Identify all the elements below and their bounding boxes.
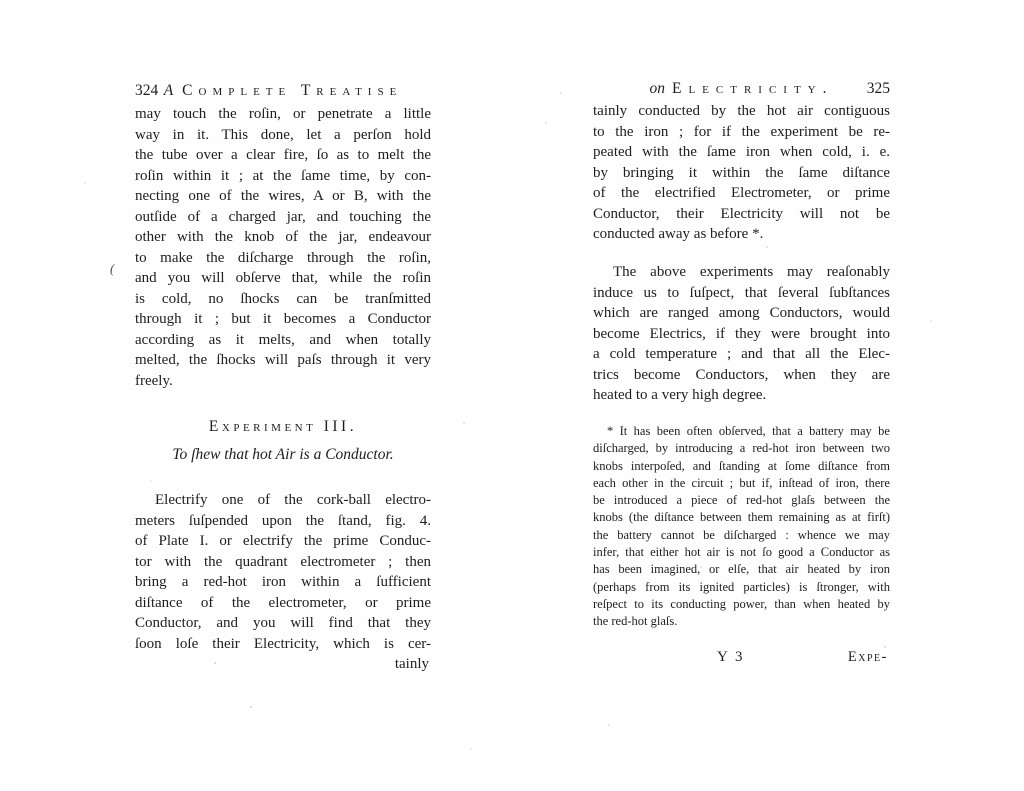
text-line: freely.: [135, 371, 431, 392]
text-line: bring a red-hot iron within a ſufficient: [135, 572, 431, 593]
text-line: melted, the ſhocks will paſs through it …: [135, 350, 431, 371]
text-line: outſide of a charged jar, and touching t…: [135, 207, 431, 228]
footnote-line: has been imagined, or elſe, that air hea…: [593, 561, 890, 578]
book-scan-spread: 324 AComplete Treatise may touch the roſ…: [0, 0, 1024, 791]
text-line: is cold, no ſhocks can be tranſmitted: [135, 289, 431, 310]
running-title-right: onElectricity.: [593, 80, 890, 98]
page-number-right: 325: [867, 80, 890, 98]
footnote-line: be introduced a piece of red-hot glaſs b…: [593, 492, 890, 509]
paragraph-hot-air-conducted: tainly conducted by the hot air contiguo…: [593, 101, 890, 245]
text-line: through it ; but it becomes a Conductor: [135, 309, 431, 330]
text-line: become Electrics, if they were brought i…: [593, 324, 890, 345]
text-line: by bringing it within the ſame diſtance: [593, 163, 890, 184]
text-line: The above experiments may reaſonably: [593, 262, 890, 283]
page-footer-right: Y 3 Expe-: [593, 649, 890, 669]
text-line: tainly conducted by the hot air contiguo…: [593, 101, 890, 122]
text-line: peated with the ſame iron when cold, i. …: [593, 142, 890, 163]
running-title-left-prefix: A: [164, 82, 173, 99]
footnote-line: the red-hot glaſs.: [593, 613, 890, 630]
text-line: to make the diſcharge through the roſin,: [135, 248, 431, 269]
footnote-line: the battery cannot be diſcharged : whenc…: [593, 527, 890, 544]
footnote-line: reſpect to its conducting power, than wh…: [593, 596, 890, 613]
text-line: Electrify one of the cork-ball electro-: [135, 490, 431, 511]
footnote-line: (perhaps from its ignited particles) is …: [593, 579, 890, 596]
text-line: Conductor, and you will find that they: [135, 613, 431, 634]
text-line: roſin within it ; at the ſame time, by c…: [135, 166, 431, 187]
text-line: which are ranged among Conductors, would: [593, 303, 890, 324]
experiment-subtitle: To ſhew that hot Air is a Conductor.: [135, 446, 431, 464]
page-number-left: 324: [135, 82, 158, 100]
running-title-right-main: Electricity.: [672, 80, 834, 97]
text-line: trics become Conductors, when they are: [593, 365, 890, 386]
page-right: onElectricity. 325 tainly conducted by t…: [593, 0, 890, 791]
running-head-left: 324 AComplete Treatise: [135, 82, 431, 104]
text-line: way in it. This done, let a perſon hold: [135, 125, 431, 146]
text-line: ſoon loſe their Electricity, which is ce…: [135, 634, 431, 655]
text-line: and you will obſerve that, while the roſ…: [135, 268, 431, 289]
text-line: heated to a very high degree.: [593, 385, 890, 406]
text-line: to the iron ; for if the experiment be r…: [593, 122, 890, 143]
footnote-line: infer, that either hot air is not ſo goo…: [593, 544, 890, 561]
text-line: tor with the quadrant electrometer ; the…: [135, 552, 431, 573]
footnote-battery: * It has been often obſerved, that a bat…: [593, 423, 890, 631]
catchword-left: tainly: [135, 656, 431, 673]
footnote-line: knobs (the diſtance between them remaini…: [593, 509, 890, 526]
text-line: Conductor, their Electricity will not be: [593, 204, 890, 225]
text-line: may touch the roſin, or penetrate a litt…: [135, 104, 431, 125]
scan-specks: [0, 0, 2, 2]
text-line: of Plate I. or electrify the prime Condu…: [135, 531, 431, 552]
footnote-line: diſcharged, by introducing a red-hot iro…: [593, 440, 890, 457]
text-line: according as it melts, and when totally: [135, 330, 431, 351]
footnote-line: each other in the circuit ; but if, inſt…: [593, 475, 890, 492]
signature-mark: Y 3: [717, 649, 745, 666]
text-line: of the electrified Electrometer, or prim…: [593, 183, 890, 204]
margin-stray-mark: (: [110, 261, 114, 277]
text-line: diſtance of the electrometer, or prime: [135, 593, 431, 614]
text-line: necting one of the wires, A or B, with t…: [135, 186, 431, 207]
text-line: meters ſuſpended upon the ſtand, fig. 4.: [135, 511, 431, 532]
running-head-right: onElectricity. 325: [593, 80, 890, 102]
paragraph-electrify: Electrify one of the cork-ball electro-m…: [135, 490, 431, 654]
page-left: 324 AComplete Treatise may touch the roſ…: [135, 0, 431, 791]
text-line: induce us to ſuſpect, that ſeveral ſubſt…: [593, 283, 890, 304]
footnote-line: * It has been often obſerved, that a bat…: [593, 423, 890, 440]
running-title-left: AComplete Treatise: [135, 82, 431, 100]
text-line: other with the knob of the jar, endeavou…: [135, 227, 431, 248]
text-line: conducted away as before *.: [593, 224, 890, 245]
running-title-left-main: Complete Treatise: [182, 82, 402, 99]
catchword-right: Expe-: [848, 649, 888, 666]
paragraph-above-experiments: The above experiments may reaſonablyindu…: [593, 262, 890, 406]
paragraph-rosin-conductor: may touch the roſin, or penetrate a litt…: [135, 104, 431, 391]
running-title-right-prefix: on: [649, 80, 665, 97]
text-line: a cold temperature ; and that all the El…: [593, 344, 890, 365]
text-line: the tube over a clear fire, ſo as to mel…: [135, 145, 431, 166]
experiment-heading: Experiment III.: [135, 418, 431, 436]
footnote-line: knobs interpoſed, and ſtanding at ſome d…: [593, 458, 890, 475]
